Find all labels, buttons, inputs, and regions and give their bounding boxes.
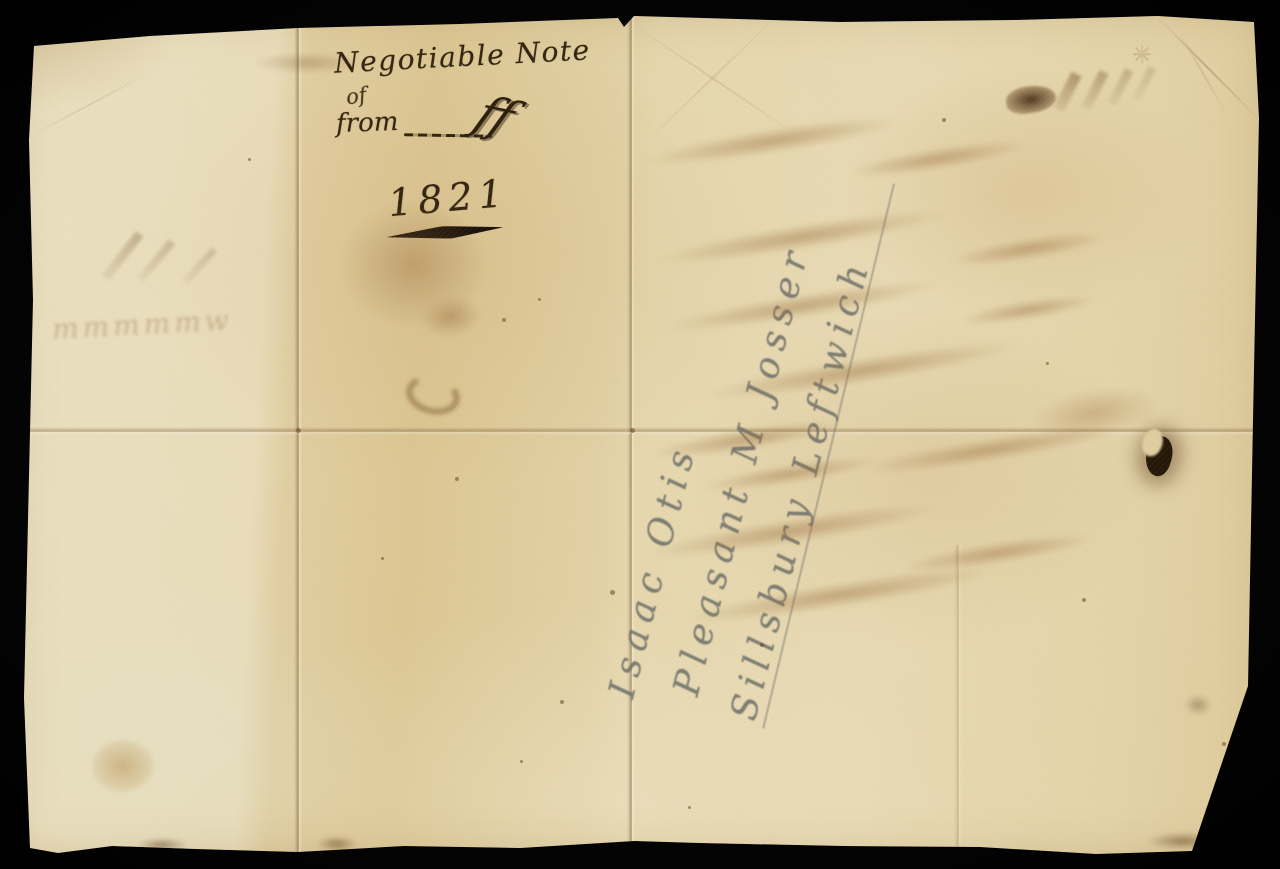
speck <box>630 428 635 433</box>
speck <box>296 428 301 433</box>
bleedthrough-numeral-stroke <box>1132 66 1155 102</box>
speck <box>538 298 541 301</box>
speck <box>455 477 459 481</box>
speck <box>688 806 691 809</box>
bleedthrough-row <box>947 226 1108 273</box>
edge-stain <box>316 836 358 852</box>
speck <box>381 557 384 560</box>
speck <box>942 118 946 122</box>
bleedthrough-stroke <box>182 247 217 284</box>
ink-docket-title: Negotiable Note <box>333 33 591 79</box>
bleedthrough-stroke <box>137 239 175 282</box>
bleedthrough-numeral-stroke <box>1054 72 1082 113</box>
ink-docket-from-word: from <box>335 107 398 139</box>
edge-stain <box>1146 832 1220 850</box>
speck <box>560 700 564 704</box>
speck <box>1222 742 1226 746</box>
embossed-star-mark: ✳ <box>1132 40 1152 68</box>
smudge-arc <box>402 370 464 420</box>
speck <box>760 643 764 647</box>
corner-crease <box>1176 28 1230 119</box>
edge-stain <box>1184 694 1212 716</box>
speck <box>520 760 523 763</box>
diagonal-crease-a <box>639 28 791 131</box>
edge-stain <box>136 838 188 852</box>
bleedthrough-stroke <box>102 231 144 281</box>
bleedthrough-blob <box>417 291 485 342</box>
dog-ear-crease <box>1157 16 1260 120</box>
ink-blot-crescent <box>1141 433 1177 479</box>
speck <box>502 318 506 322</box>
speck <box>248 158 251 161</box>
bleedthrough-row <box>845 134 1028 184</box>
bleedthrough-signature: mmmmmw <box>51 303 233 345</box>
speck <box>1046 362 1049 365</box>
ink-ff-flourish: ff <box>466 87 525 146</box>
bleedthrough-numeral-stroke <box>1081 70 1108 110</box>
stain-round <box>92 740 154 792</box>
scanned-document-page: Negotiable Note of from ff 1821 Isaac Ot… <box>0 0 1280 869</box>
bleedthrough-numeral-blob <box>1004 83 1057 117</box>
corner-crease-top-left <box>36 76 143 134</box>
speck <box>1082 598 1086 602</box>
ink-docket-interline: of <box>344 83 368 110</box>
vertical-fold-crease-right <box>954 545 962 865</box>
speck <box>610 590 615 595</box>
bleedthrough-row <box>957 289 1098 331</box>
bleedthrough-numeral-stroke <box>1108 68 1133 106</box>
edge-stain <box>252 52 362 74</box>
paper-sheet: Negotiable Note of from ff 1821 Isaac Ot… <box>0 0 1280 869</box>
